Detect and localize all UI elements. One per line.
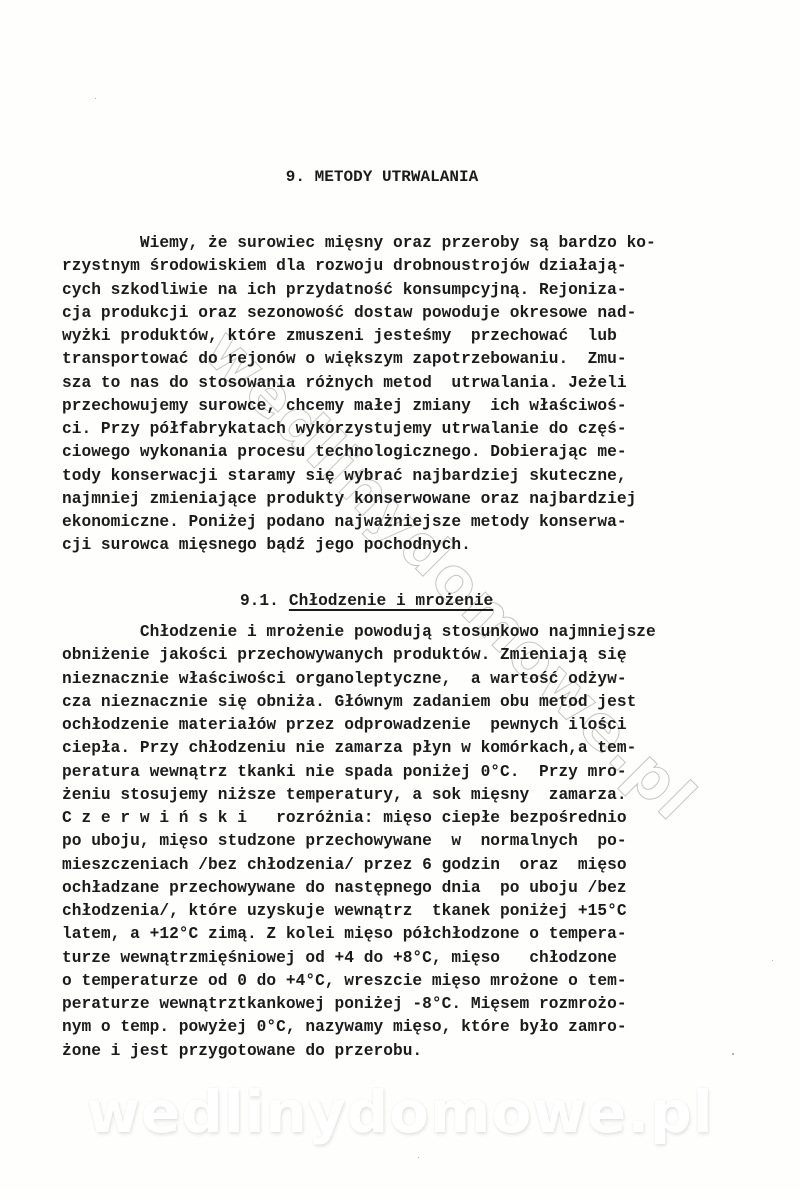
text-line: po uboju, mięso studzone przechowywane w…	[62, 830, 742, 853]
text-line: chłodzenia/, które uzyskuje wewnątrz tka…	[62, 900, 742, 923]
text-line: o temperaturze od 0 do +4°C, wreszcie mi…	[62, 970, 742, 993]
section-number: 9.1.	[240, 592, 279, 610]
text-line: żeniu stosujemy niższe temperatury, a so…	[62, 784, 742, 807]
section-title: Chłodzenie i mrożenie	[289, 592, 493, 610]
text-line: cych szkodliwie na ich przydatność konsu…	[62, 279, 742, 302]
section-heading: 9.1.Chłodzenie i mrożenie	[201, 574, 493, 628]
text-line: ci. Przy półfabrykatach wykorzystujemy u…	[62, 418, 742, 441]
text-line: tody konserwacji staramy się wybrać najb…	[62, 465, 742, 488]
text-line: wyżki produktów, które zmuszeni jesteśmy…	[62, 325, 742, 348]
text-line: żone i jest przygotowane do przerobu.	[62, 1040, 742, 1063]
text-line: ciepła. Przy chłodzeniu nie zamarza płyn…	[62, 737, 742, 760]
text-line: ochłodzenie materiałów przez odprowadzen…	[62, 714, 742, 737]
text-line: latem, a +12°C zimą. Z kolei mięso półch…	[62, 923, 742, 946]
text-line: ochładzane przechowywane do następnego d…	[62, 877, 742, 900]
bottom-watermark: wedlinydomowe.pl	[0, 1078, 800, 1146]
text-line: ekonomiczne. Poniżej podano najważniejsz…	[62, 511, 742, 534]
text-line: peraturze wewnątrztkankowej poniżej -8°C…	[62, 993, 742, 1016]
text-line: sza to nas do stosowania różnych metod u…	[62, 372, 742, 395]
text-line: transportować do rejonów o większym zapo…	[62, 348, 742, 371]
scan-speck	[418, 1157, 419, 1158]
text-line: Wiemy, że surowiec mięsny oraz przeroby …	[62, 232, 742, 255]
text-line: cza nieznacznie się obniża. Głównym zada…	[62, 691, 742, 714]
text-line: turze wewnątrzmięśniowej od +4 do +8°C, …	[62, 947, 742, 970]
text-line: obniżenie jakości przechowywanych produk…	[62, 644, 742, 667]
scanned-page: wedlinydomowe.pl 9. METODY UTRWALANIA Wi…	[0, 0, 800, 1190]
text-line: przechowujemy surowce, chcemy małej zmia…	[62, 395, 742, 418]
text-line: cji surowca mięsnego bądź jego pochodnyc…	[62, 534, 742, 557]
text-line: Chłodzenie i mrożenie powodują stosunkow…	[62, 621, 742, 644]
text-line: ciowego wykonania procesu technologiczne…	[62, 441, 742, 464]
scan-speck	[732, 1053, 734, 1055]
text-line: C z e r w i ń s k i rozróżnia: mięso cie…	[62, 807, 742, 830]
chapter-title: 9. METODY UTRWALANIA	[0, 168, 764, 186]
paragraph-intro: Wiemy, że surowiec mięsny oraz przeroby …	[62, 232, 742, 558]
text-line: mieszczeniach /bez chłodzenia/ przez 6 g…	[62, 854, 742, 877]
paragraph-cooling-freezing: Chłodzenie i mrożenie powodują stosunkow…	[62, 621, 742, 1063]
text-line: peratura wewnątrz tkanki nie spada poniż…	[62, 761, 742, 784]
scan-speck	[772, 960, 773, 961]
text-line: najmniej zmieniające produkty konserwowa…	[62, 488, 742, 511]
text-line: rzystnym środowiskiem dla rozwoju drobno…	[62, 255, 742, 278]
text-line: cja produkcji oraz sezonowość dostaw pow…	[62, 302, 742, 325]
text-line: nym o temp. powyżej 0°C, nazywamy mięso,…	[62, 1016, 742, 1039]
scan-speck	[95, 98, 96, 99]
text-line: nieznacznie właściwości organoleptyczne,…	[62, 668, 742, 691]
